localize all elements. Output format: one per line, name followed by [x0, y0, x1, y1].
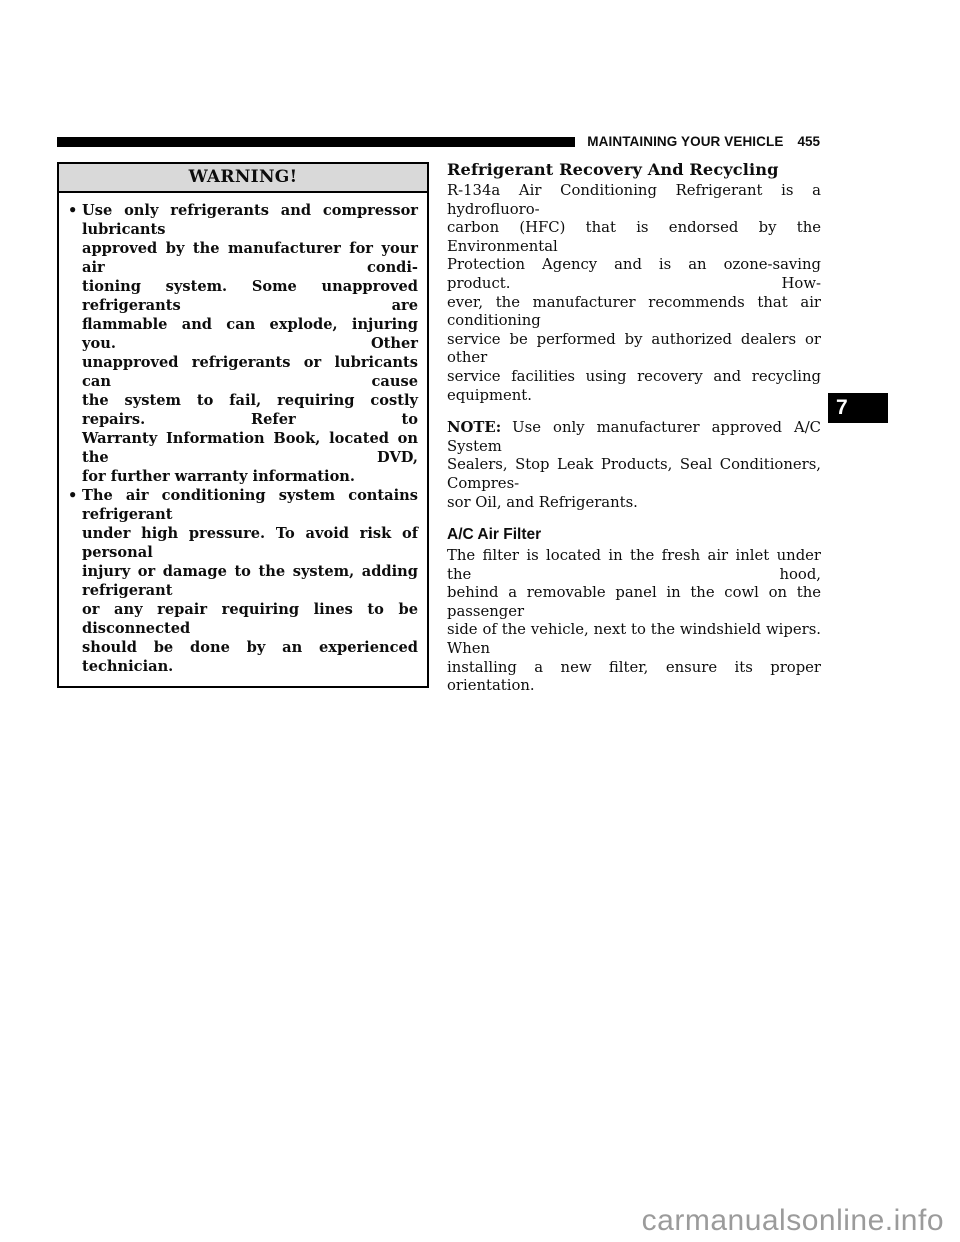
text-line: ever, the manufacturer recommends that a…	[447, 294, 821, 331]
text-line: or any repair requiring lines to be disc…	[82, 600, 418, 638]
text-line: installing a new filter, ensure its prop…	[447, 659, 821, 696]
text-line: Use only refrigerants and compressor lub…	[82, 201, 418, 239]
text-line: flammable and can explode, injuring you.…	[82, 315, 418, 353]
bullet-marker: •	[65, 486, 82, 676]
text-line: Protection Agency and is an ozone-saving…	[447, 256, 821, 293]
text-line: Warranty Information Book, located on th…	[82, 429, 418, 467]
text-line: sor Oil, and Refrigerants.	[447, 494, 821, 513]
note-paragraph: NOTE:Use only manufacturer approved A/C …	[447, 419, 821, 512]
text-line: for further warranty information.	[82, 467, 418, 486]
warning-box-title: WARNING!	[59, 164, 427, 193]
text-line: the system to fail, requiring costly rep…	[82, 391, 418, 429]
bullet-marker: •	[65, 201, 82, 486]
text-line: tioning system. Some unapproved refriger…	[82, 277, 418, 315]
paragraph: The filter is located in the fresh air i…	[447, 547, 821, 696]
text-line: R-134a Air Conditioning Refrigerant is a…	[447, 182, 821, 219]
text-line: The air conditioning system contains ref…	[82, 486, 418, 524]
text-line: should be done by an experienced technic…	[82, 638, 418, 676]
watermark-text: carmanualsonline.info	[642, 1204, 944, 1238]
section: A/C Air FilterThe filter is located in t…	[447, 525, 821, 696]
text-line: carbon (HFC) that is endorsed by the Env…	[447, 219, 821, 256]
section: Refrigerant Recovery And RecyclingR-134a…	[447, 159, 821, 405]
text-line: Sealers, Stop Leak Products, Seal Condit…	[447, 456, 821, 493]
page-header: MAINTAINING YOUR VEHICLE 455	[57, 134, 820, 149]
section: NOTE:Use only manufacturer approved A/C …	[447, 419, 821, 512]
text-line: unapproved refrigerants or lubricants ca…	[82, 353, 418, 391]
text-line: The filter is located in the fresh air i…	[447, 547, 821, 584]
header-section-title: MAINTAINING YOUR VEHICLE	[587, 134, 783, 149]
text-line: NOTE:Use only manufacturer approved A/C …	[447, 419, 821, 456]
chapter-tab: 7	[828, 393, 888, 423]
text-line: injury or damage to the system, adding r…	[82, 562, 418, 600]
manual-page: MAINTAINING YOUR VEHICLE 455 WARNING! •U…	[0, 0, 960, 1242]
right-column: Refrigerant Recovery And RecyclingR-134a…	[447, 159, 821, 696]
warning-box: WARNING! •Use only refrigerants and comp…	[57, 162, 429, 688]
bullet-text: Use only refrigerants and compressor lub…	[82, 201, 418, 486]
bullet-text: The air conditioning system contains ref…	[82, 486, 418, 676]
header-rule	[57, 137, 575, 147]
text-line: service facilities using recovery and re…	[447, 368, 821, 405]
warning-bullet-item: •The air conditioning system contains re…	[65, 486, 418, 676]
text-line: behind a removable panel in the cowl on …	[447, 584, 821, 621]
section-heading: Refrigerant Recovery And Recycling	[447, 159, 821, 180]
warning-bullet-list: •Use only refrigerants and compressor lu…	[59, 193, 427, 686]
warning-bullet-item: •Use only refrigerants and compressor lu…	[65, 201, 418, 486]
section-heading: A/C Air Filter	[447, 525, 821, 544]
chapter-tab-number: 7	[836, 396, 848, 420]
text-line: side of the vehicle, next to the windshi…	[447, 621, 821, 658]
text-line: under high pressure. To avoid risk of pe…	[82, 524, 418, 562]
note-label: NOTE:	[447, 419, 501, 436]
header-page-number: 455	[797, 134, 820, 149]
text-line: service be performed by authorized deale…	[447, 331, 821, 368]
paragraph: R-134a Air Conditioning Refrigerant is a…	[447, 182, 821, 405]
text-line: approved by the manufacturer for your ai…	[82, 239, 418, 277]
